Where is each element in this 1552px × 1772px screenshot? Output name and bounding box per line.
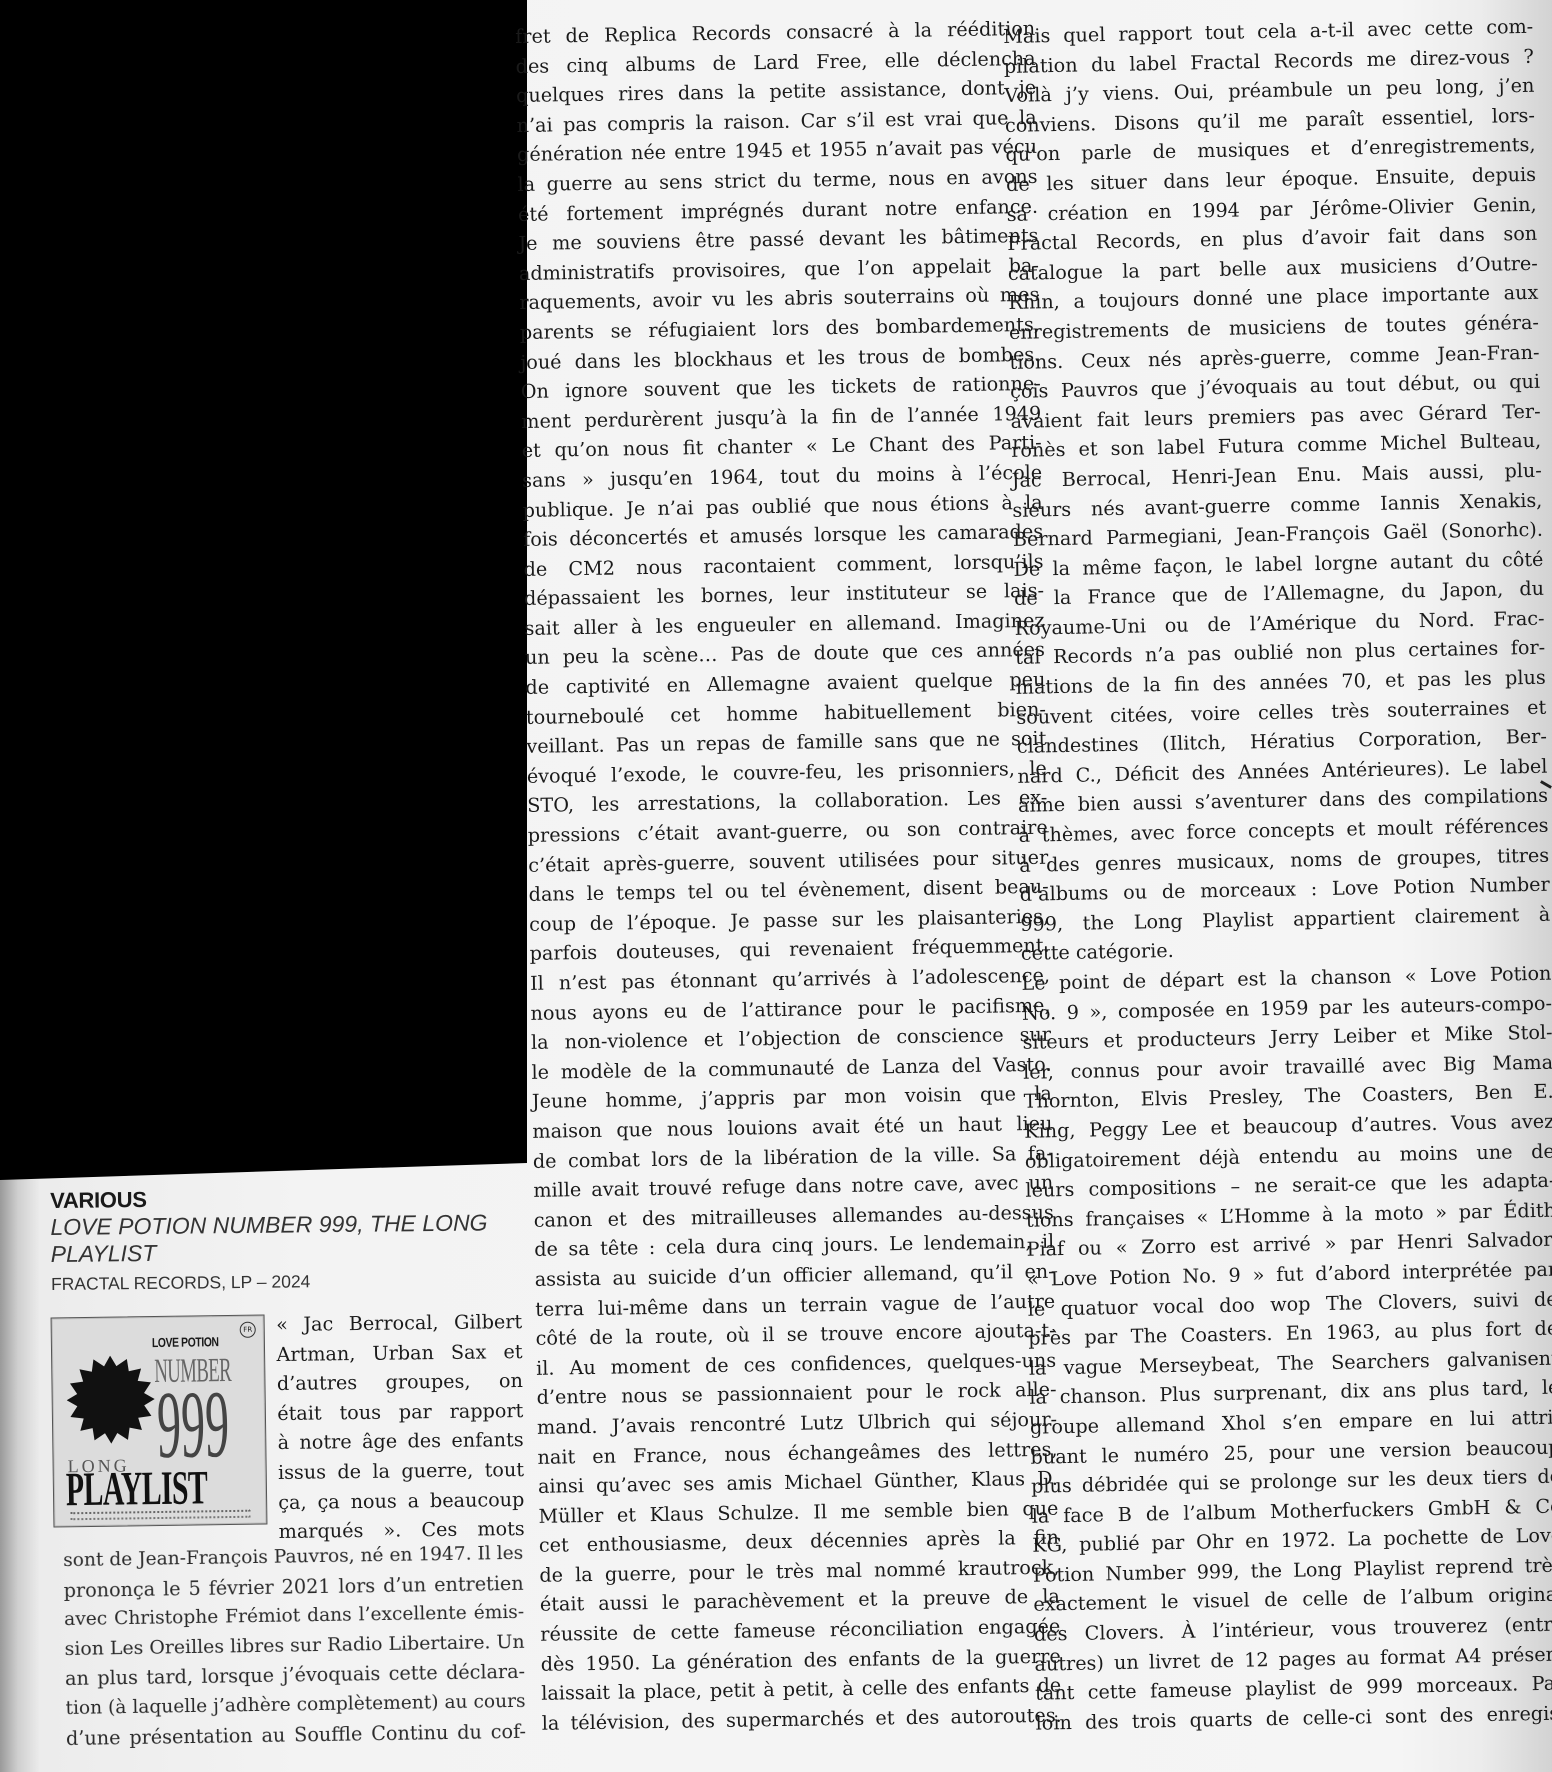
text-line: d’autres groupes, on [277,1366,523,1399]
redacted-black-block [0,0,527,1180]
right-column-text: Mais quel rapport tout cela a-t-il avec … [1003,12,1552,1738]
review-header: VARIOUS LOVE POTION NUMBER 999, THE LONG… [50,1183,531,1297]
text-line: Artman, Urban Sax et [276,1337,522,1370]
cover-text-playlist: PLAYLIST [66,1464,208,1514]
cover-text-999: 999 [156,1376,229,1473]
text-line: ça, ça nous a beaucoup [278,1485,524,1518]
cover-text-love-potion: LOVE POTION [152,1334,219,1350]
left-column-text: sont de Jean-François Pauvros, né en 194… [63,1539,526,1753]
label-logo-icon: FR [240,1322,256,1338]
text-line: était tous par rapport [277,1396,523,1429]
text-line: à notre âge des enfants [277,1425,523,1458]
left-column-wrapped-text: « Jac Berrocal, Gilbert Artman, Urban Sa… [276,1307,525,1547]
magazine-page: VARIOUS LOVE POTION NUMBER 999, THE LONG… [0,0,1552,1772]
cover-fine-print [70,1516,250,1523]
album-cover-image: FR LOVE POTION NUMBER 999 LONG PLAYLIST [51,1315,268,1528]
starburst-sticker-icon [66,1355,155,1444]
review-label-format-year: FRACTAL RECORDS, LP – 2024 [51,1266,531,1297]
text-line: issus de la guerre, tout [278,1455,524,1488]
middle-column-text: fret de Replica Records consacré à la ré… [515,14,1062,1738]
review-album-title: LOVE POTION NUMBER 999, THE LONG PLAYLIS… [50,1209,531,1268]
text-line: « Jac Berrocal, Gilbert [276,1307,522,1340]
